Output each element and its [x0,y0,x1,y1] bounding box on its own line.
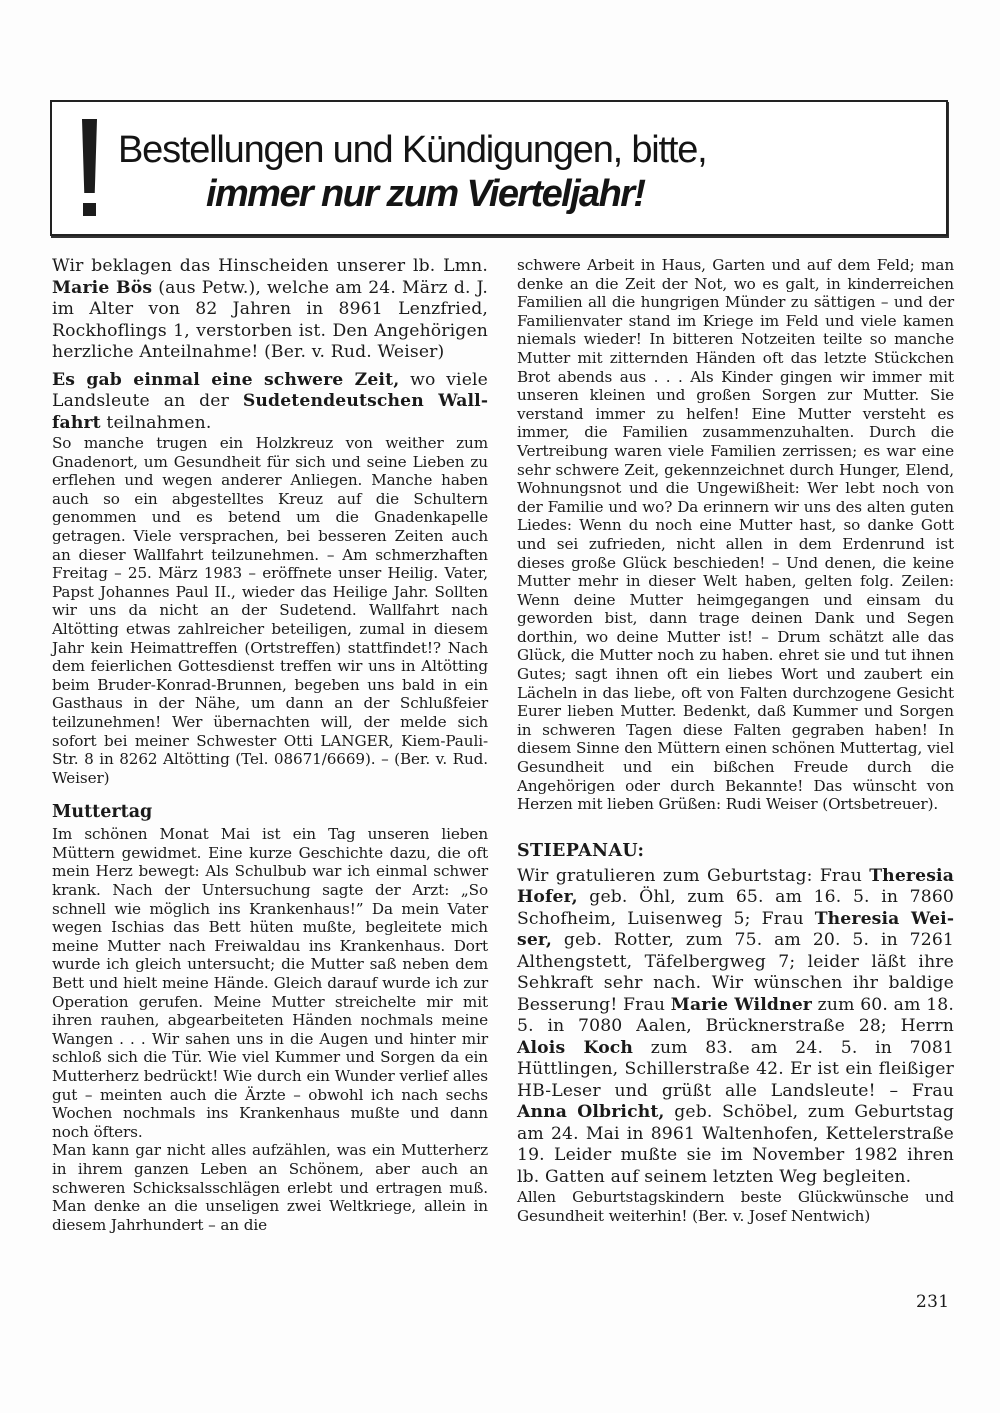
page-number: 231 [916,1292,949,1312]
exclamation-mark-icon [82,119,97,219]
deceased-name: Marie Bös [52,278,152,298]
celebrant-name: Anna Olbricht, [517,1102,665,1122]
muttertag-paragraph-1: Im schönen Monat Mai ist ein Tag unseren… [52,825,488,1141]
subscription-notice-box: Bestellungen und Kündigungen, bitte, imm… [50,100,948,236]
muttertag-paragraph-2: Man kann gar nicht alles aufzählen, was … [52,1141,488,1234]
notice-emphasis: immer nur zum Vierteljahr! [206,172,644,216]
celebrant-name: Marie Wildner [671,995,812,1015]
birthday-greetings: Wir gratulieren zum Geburtstag: Frau The… [517,866,954,1189]
pilgrimage-body: So manche trugen ein Holzkreuz von weith… [52,434,488,787]
notice-headline: Bestellungen und Kündigungen, bitte, [118,128,707,172]
left-column: Wir beklagen das Hinscheiden unserer lb.… [52,256,488,1234]
obituary-paragraph: Wir beklagen das Hinscheiden unserer lb.… [52,256,488,364]
stiepanau-heading: STIEPANAU: [517,840,954,862]
muttertag-heading: Muttertag [52,801,488,823]
pilgrimage-intro: Es gab einmal eine schwere Zeit, wo viel… [52,370,488,435]
right-column: schwere Arbeit in Haus, Garten und auf d… [517,256,954,1226]
celebrant-name: Alois Koch [517,1038,633,1058]
newsletter-page: Bestellungen und Kündigungen, bitte, imm… [0,0,1000,1413]
birthday-closing: Allen Geburtstagskindern beste Glückwüns… [517,1188,954,1225]
muttertag-continuation: schwere Arbeit in Haus, Garten und auf d… [517,256,954,814]
